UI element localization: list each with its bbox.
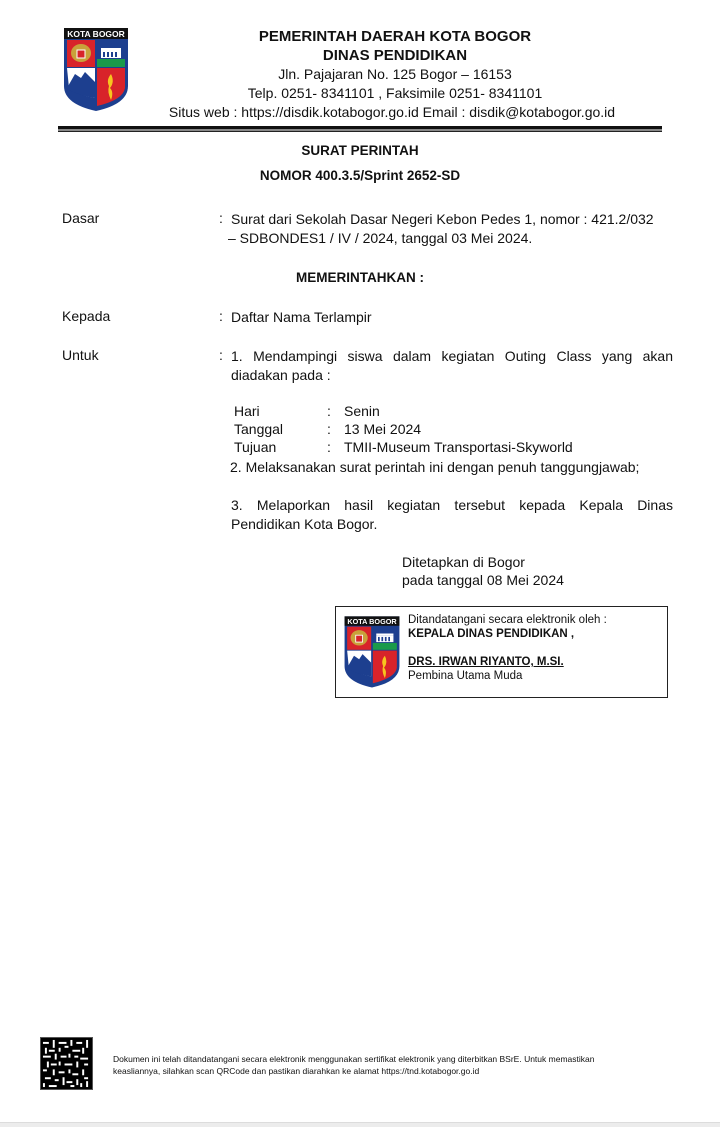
untuk-item-1: 1. Mendampingi siswa dalam kegiatan Outi… bbox=[231, 347, 673, 385]
detail-key: Tanggal bbox=[234, 421, 283, 437]
document-title: SURAT PERINTAH bbox=[0, 143, 720, 158]
website-email: Situs web : https://disdik.kotabogor.go.… bbox=[144, 103, 640, 122]
detail-row-tanggal: Tanggal : 13 Mei 2024 bbox=[234, 421, 634, 440]
issuance-place: Ditetapkan di Bogor bbox=[402, 553, 564, 571]
untuk-label: Untuk bbox=[62, 347, 99, 363]
untuk-item-2: 2. Melaksanakan surat perintah ini denga… bbox=[230, 458, 672, 477]
letterhead: PEMERINTAH DAERAH KOTA BOGOR DINAS PENDI… bbox=[150, 27, 640, 122]
detail-colon: : bbox=[327, 421, 331, 437]
detail-key: Hari bbox=[234, 403, 260, 419]
untuk-item-3: 3. Melaporkan hasil kegiatan tersebut ke… bbox=[231, 496, 673, 534]
kepada-value: Daftar Nama Terlampir bbox=[231, 308, 673, 327]
address: Jln. Pajajaran No. 125 Bogor – 16153 bbox=[150, 65, 640, 84]
phone-fax: Telp. 0251- 8341101 , Faksimile 0251- 83… bbox=[150, 84, 640, 103]
department-name: DINAS PENDIDIKAN bbox=[150, 46, 640, 65]
viewer-bottom-bar bbox=[0, 1122, 720, 1127]
untuk-item-1-line-2: diadakan pada : bbox=[231, 366, 673, 385]
svg-text:KOTA BOGOR: KOTA BOGOR bbox=[347, 617, 397, 626]
signer-name: DRS. IRWAN RIYANTO, M.SI. bbox=[408, 655, 607, 669]
kota-bogor-emblem-icon: KOTA BOGOR bbox=[61, 26, 131, 112]
kepada-label: Kepada bbox=[62, 308, 110, 324]
svg-text:KOTA BOGOR: KOTA BOGOR bbox=[67, 29, 125, 39]
issuance-block: Ditetapkan di Bogor pada tanggal 08 Mei … bbox=[402, 553, 564, 589]
detail-key: Tujuan bbox=[234, 439, 276, 455]
electronic-signature-box: KOTA BOGOR Ditandatangani secara elektro… bbox=[335, 606, 668, 698]
detail-colon: : bbox=[327, 439, 331, 455]
qr-code-icon[interactable] bbox=[40, 1037, 93, 1090]
detail-row-hari: Hari : Senin bbox=[234, 403, 634, 422]
detail-value: Senin bbox=[344, 403, 380, 419]
dasar-value: Surat dari Sekolah Dasar Negeri Kebon Pe… bbox=[231, 210, 673, 248]
detail-colon: : bbox=[327, 403, 331, 419]
government-name: PEMERINTAH DAERAH KOTA BOGOR bbox=[150, 27, 640, 46]
issuance-date: pada tanggal 08 Mei 2024 bbox=[402, 571, 564, 589]
dasar-colon: : bbox=[219, 210, 223, 226]
detail-row-tujuan: Tujuan : TMII-Museum Transportasi-Skywor… bbox=[234, 439, 634, 458]
signer-position: KEPALA DINAS PENDIDIKAN , bbox=[408, 627, 607, 641]
dasar-line-1: Surat dari Sekolah Dasar Negeri Kebon Pe… bbox=[231, 210, 673, 229]
signer-rank: Pembina Utama Muda bbox=[408, 669, 607, 683]
detail-value: TMII-Museum Transportasi-Skyworld bbox=[344, 439, 573, 455]
dasar-line-2: – SDBONDES1 / IV / 2024, tanggal 03 Mei … bbox=[228, 229, 673, 248]
untuk-item-1-line-1: 1. Mendampingi siswa dalam kegiatan Outi… bbox=[231, 347, 673, 366]
dasar-label: Dasar bbox=[62, 210, 99, 226]
kepada-colon: : bbox=[219, 308, 223, 324]
electronic-signature-disclaimer: Dokumen ini telah ditandatangani secara … bbox=[113, 1053, 673, 1077]
kota-bogor-emblem-icon: KOTA BOGOR bbox=[342, 610, 402, 693]
instruction-heading: MEMERINTAHKAN : bbox=[0, 270, 720, 285]
letterhead-divider-thin bbox=[58, 131, 662, 132]
detail-value: 13 Mei 2024 bbox=[344, 421, 421, 437]
document-number: NOMOR 400.3.5/Sprint 2652-SD bbox=[0, 168, 720, 183]
untuk-item-3-line-2: Pendidikan Kota Bogor. bbox=[231, 515, 673, 534]
signature-details: Ditandatangani secara elektronik oleh : … bbox=[408, 613, 607, 683]
disclaimer-line-2: keasliannya, silahkan scan QRCode dan pa… bbox=[113, 1065, 673, 1077]
disclaimer-line-1: Dokumen ini telah ditandatangani secara … bbox=[113, 1053, 673, 1065]
signed-by-label: Ditandatangani secara elektronik oleh : bbox=[408, 613, 607, 627]
untuk-item-3-line-1: 3. Melaporkan hasil kegiatan tersebut ke… bbox=[231, 496, 673, 515]
untuk-colon: : bbox=[219, 347, 223, 363]
